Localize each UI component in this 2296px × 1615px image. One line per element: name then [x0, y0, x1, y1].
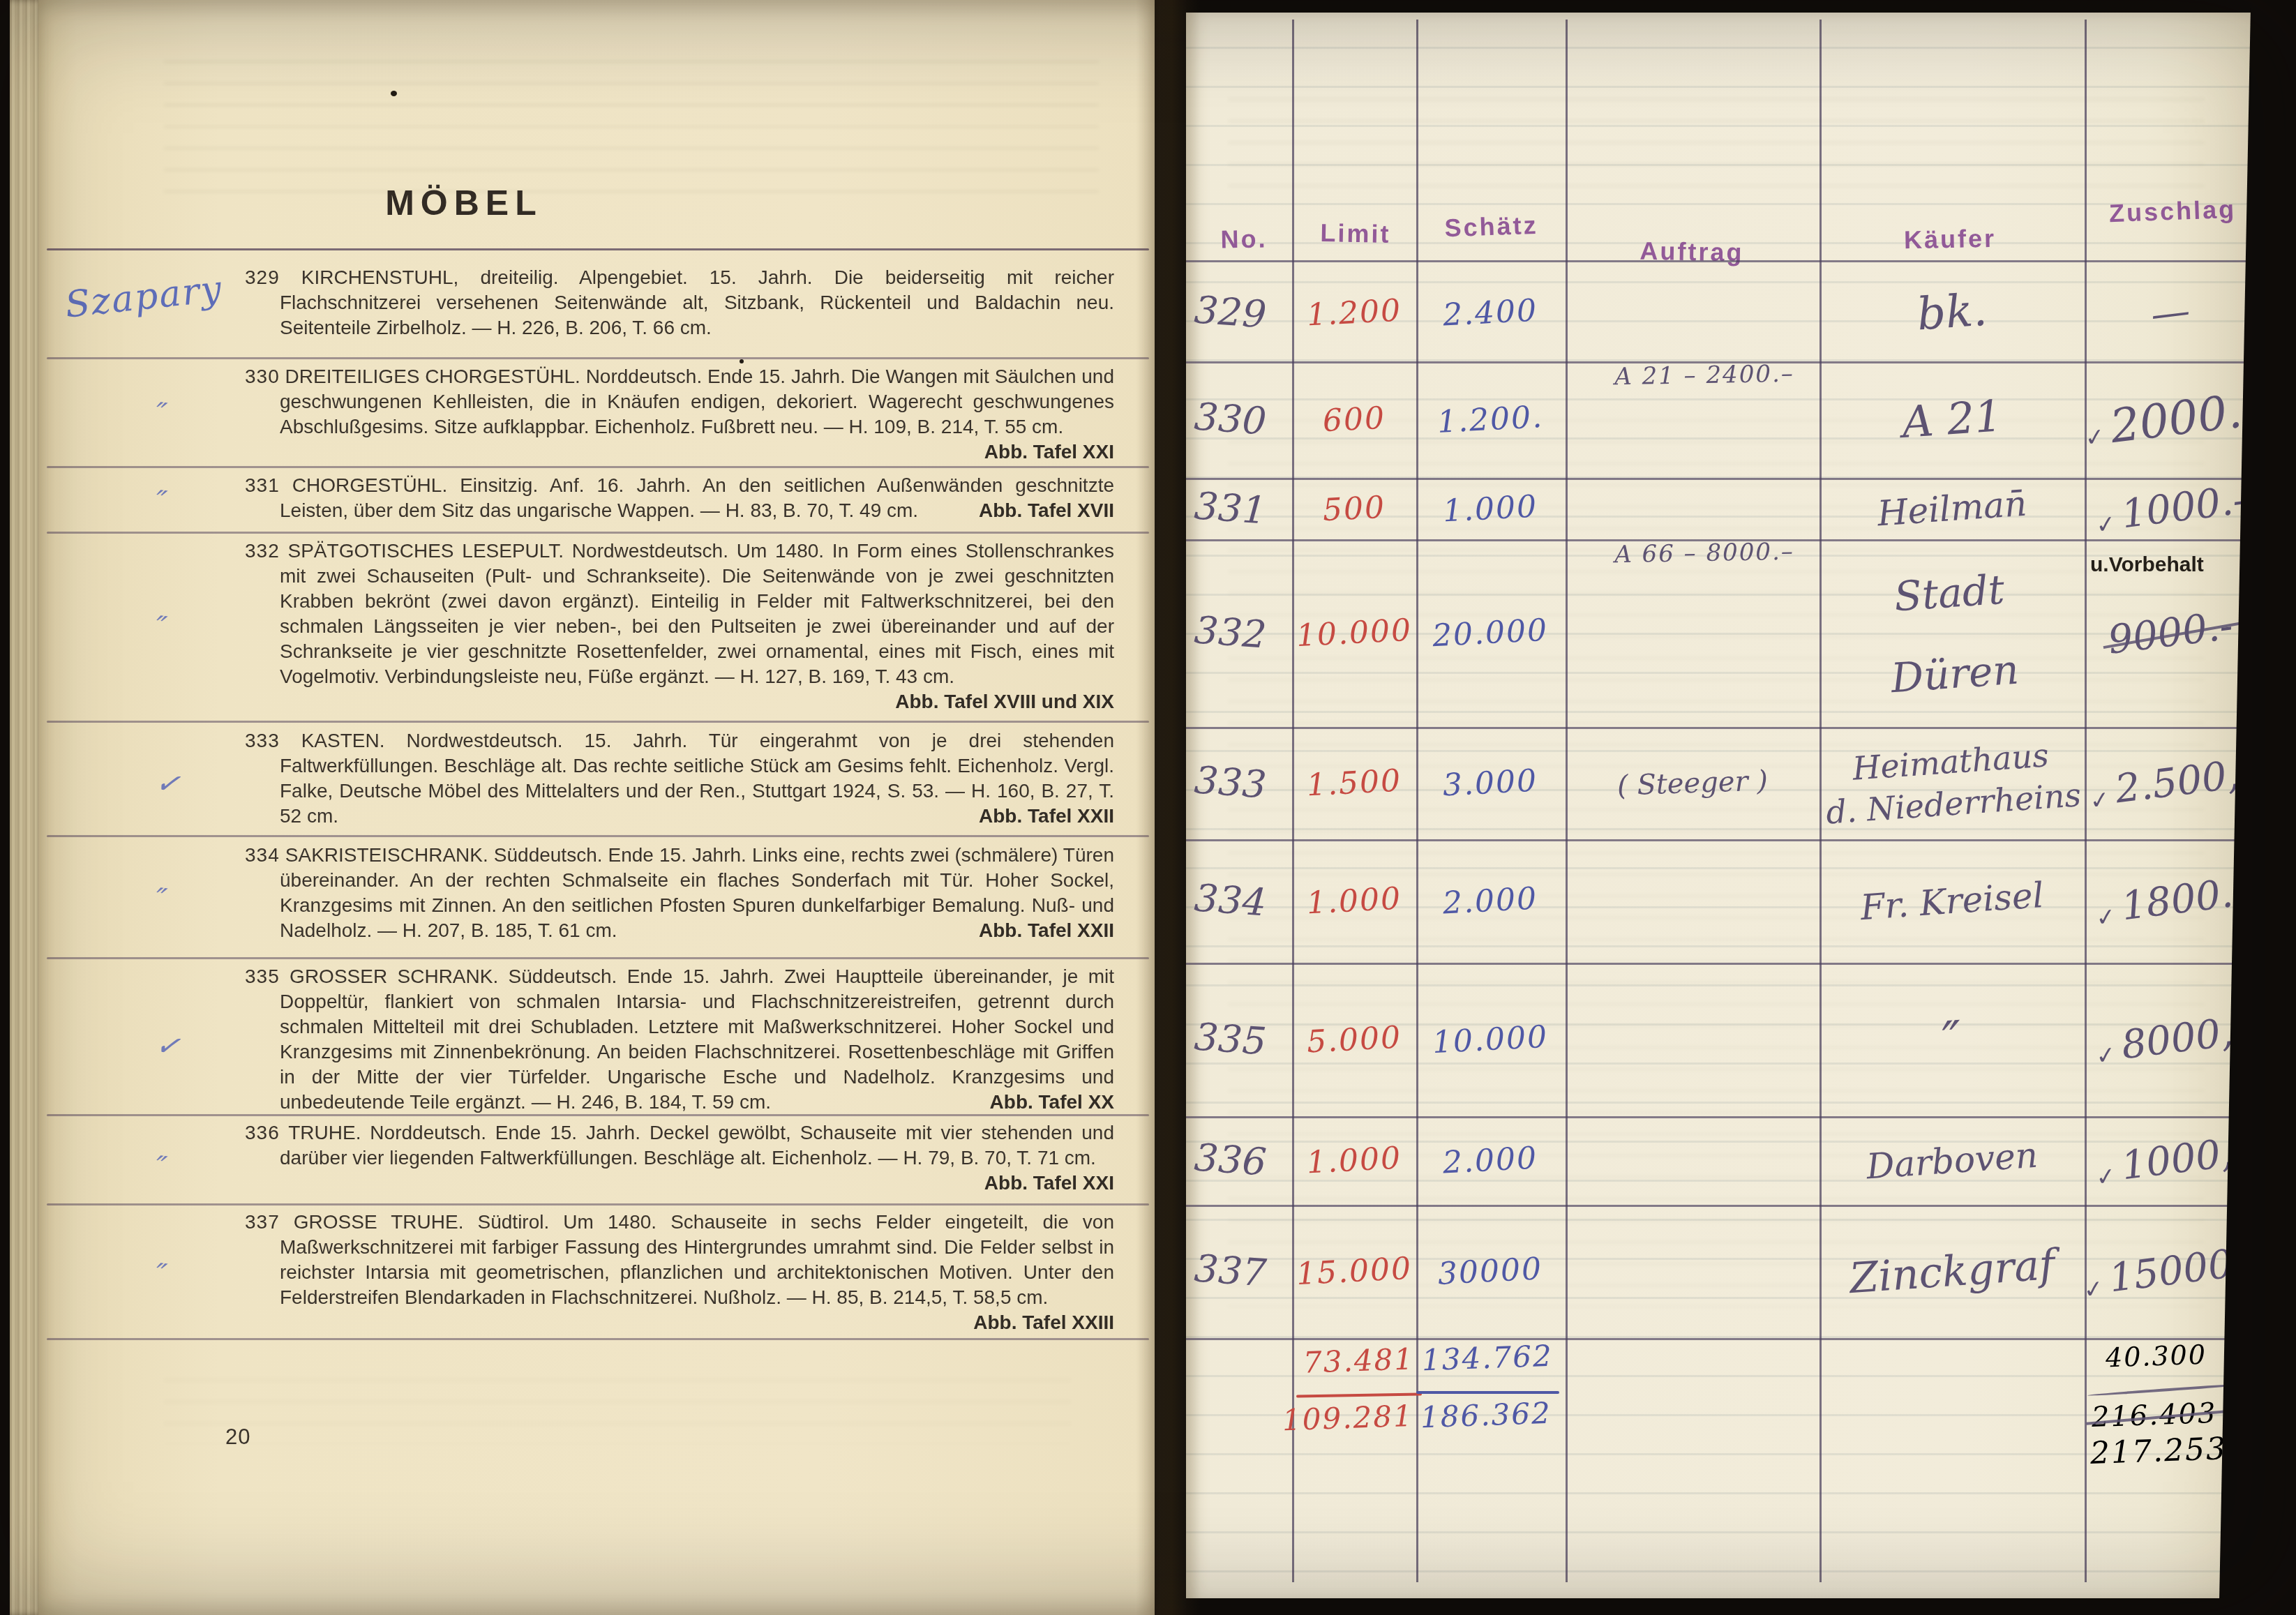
column-header-zuschlag: Zuschlag — [2089, 194, 2256, 229]
limit-value: 10.000 — [1289, 536, 1419, 730]
limit-value: 600 — [1291, 359, 1418, 481]
buyer-name-line: Heilman̄ — [1876, 483, 2028, 535]
checkmark-icon: ✓ — [2094, 1162, 2117, 1192]
estimate-value: 10.000 — [1414, 959, 1566, 1120]
buyer-name-line: Düren — [1889, 629, 2022, 719]
hammer-price-value: 8000,- — [2119, 1007, 2249, 1067]
column-header-limit: Limit — [1303, 218, 1409, 250]
buyer-name: Zinckgraf — [1818, 1196, 2086, 1346]
lot-number: 335 — [1189, 960, 1291, 1120]
buyer-name-line: A 21 — [1900, 390, 2004, 449]
entry-number: 332 — [245, 540, 280, 562]
margin-ditto-mark: ″ — [153, 881, 169, 917]
bleedthrough-texture — [164, 1360, 1071, 1444]
ledger-row-332: 33210.00020.000StadtDüren9000.-A 66 – 80… — [1186, 539, 2257, 727]
catalog-page: MÖBEL Szapary 329 KIRCHENSTUHL, dreiteil… — [38, 0, 1155, 1615]
entry-text: GROSSE TRUHE. Südtirol. Um 1480. Schause… — [280, 1211, 1114, 1308]
auction-catalog-scan: MÖBEL Szapary 329 KIRCHENSTUHL, dreiteil… — [0, 0, 2296, 1615]
limit-value: 500 — [1293, 475, 1416, 543]
column-header-no: No. — [1199, 224, 1290, 255]
totals-schaetz-grand: 186.362 — [1420, 1396, 1552, 1435]
totals-schaetz-subtotal: 134.762 — [1421, 1339, 1553, 1378]
entry-number: 336 — [245, 1122, 280, 1143]
margin-ditto-mark: ″ — [153, 609, 169, 645]
entry-separator — [47, 957, 1149, 959]
entry-text: SPÄTGOTISCHES LESEPULT. Nordwestdeutsch.… — [280, 540, 1114, 687]
limit-value: 15.000 — [1291, 1202, 1418, 1342]
bid-note: A 21 – 2400.– — [1568, 359, 1841, 392]
margin-ditto-mark: ✓ — [153, 1027, 183, 1064]
entry-plate-reference: Abb. Tafel XVII — [1014, 498, 1114, 523]
entry-number: 329 — [245, 266, 280, 288]
estimate-value: 30000 — [1415, 1201, 1566, 1342]
estimate-value: 20.000 — [1413, 536, 1567, 730]
buyer-name: StadtDüren — [1816, 530, 2088, 735]
catalog-entry-333: 333 KASTEN. Nordwestdeutsch. 15. Jahrh. … — [245, 728, 1114, 829]
hammer-price: ✓2000.- — [2080, 352, 2262, 488]
checkmark-icon: ✓ — [2083, 422, 2106, 452]
totals-zuschlag-subtotal: 40.300 — [2105, 1339, 2207, 1373]
checkmark-icon: ✓ — [2094, 1041, 2117, 1071]
checkmark-icon: ✓ — [2082, 1275, 2105, 1305]
table-row-rule — [1186, 260, 2257, 262]
lot-number: 333 — [1191, 724, 1291, 843]
catalog-entry-336: 336 TRUHE. Norddeutsch. Ende 15. Jahrh. … — [245, 1120, 1114, 1196]
entry-separator — [47, 1203, 1149, 1205]
buyer-name: ″ — [1817, 954, 2087, 1125]
entry-number: 333 — [245, 730, 280, 751]
scan-edge-top — [1186, 0, 2268, 13]
buyer-name-line: Fr. Kreisel — [1859, 873, 2046, 928]
entry-text: GROSSER SCHRANK. Süddeutsch. Ende 15. Ja… — [280, 966, 1114, 1113]
bid-order-value: ( Steeger ) — [1566, 723, 1818, 843]
dust-speck — [391, 91, 397, 96]
buyer-name-line: Zinckgraf — [1848, 1239, 2057, 1303]
entry-separator — [47, 466, 1149, 468]
entry-separator — [47, 357, 1149, 359]
lot-number: 329 — [1191, 261, 1289, 365]
entry-number: 337 — [245, 1211, 280, 1233]
totals-limit-grand: 109.281 — [1282, 1399, 1413, 1438]
estimate-value: 3.000 — [1416, 723, 1565, 843]
entry-separator — [47, 532, 1149, 534]
totals-limit-subtotal: 73.481 — [1303, 1342, 1415, 1380]
catalog-entry-329: 329 KIRCHENSTUHL, dreiteilig. Alpengebie… — [245, 265, 1114, 340]
catalog-entry-335: 335 GROSSER SCHRANK. Süddeutsch. Ende 15… — [245, 964, 1114, 1115]
hammer-price-value: 1800.- — [2119, 869, 2249, 929]
margin-annotation-owner: Szapary — [63, 268, 225, 326]
entry-separator — [47, 835, 1149, 837]
entry-text: TRUHE. Norddeutsch. Ende 15. Jahrh. Deck… — [280, 1122, 1114, 1169]
estimate-value: 2.400 — [1416, 260, 1564, 366]
entry-plate-reference: Abb. Tafel XX — [1025, 1090, 1114, 1115]
limit-value: 1.500 — [1291, 724, 1417, 843]
margin-ditto-mark: ″ — [153, 1149, 169, 1185]
entry-plate-reference: Abb. Tafel XXII — [1014, 918, 1114, 943]
hammer-price: ✓2.500,- — [2080, 717, 2261, 849]
entry-text: DREITEILIGES CHORGESTÜHL. Norddeutsch. E… — [280, 366, 1114, 437]
estimate-value: 2.000 — [1416, 1113, 1564, 1209]
lot-number: 337 — [1190, 1202, 1291, 1342]
entry-number: 335 — [245, 966, 280, 987]
ledger-row-333: 3331.5003.000( Steeger )Heimathausd. Nie… — [1186, 727, 2257, 839]
entry-plate-reference: Abb. Tafel XXI — [1019, 440, 1114, 465]
ledger-row-334: 3341.0002.000Fr. Kreisel✓1800.- — [1186, 839, 2257, 963]
ledger-row-335: 3355.00010.000″✓8000,- — [1186, 963, 2257, 1116]
catalog-entry-334: 334 SAKRISTEISCHRANK. Süddeutsch. Ende 1… — [245, 843, 1114, 943]
limit-value: 1.000 — [1292, 1113, 1416, 1208]
lot-number: 334 — [1190, 836, 1291, 966]
page-title: MÖBEL — [269, 183, 659, 223]
buyer-name: A 21 — [1819, 352, 2086, 487]
entry-plate-reference: Abb. Tafel XXI — [1019, 1171, 1114, 1196]
hammer-price-value: 9000.- — [2106, 603, 2235, 663]
hammer-price-value: — — [2148, 287, 2193, 337]
buyer-name: bk. — [1819, 255, 2085, 370]
entry-number: 334 — [245, 844, 280, 866]
estimate-value: 1.000 — [1417, 474, 1563, 543]
checkmark-icon: ✓ — [2088, 785, 2111, 815]
ledger-row-329: 3291.2002.400bk.— — [1186, 264, 2257, 361]
checkmark-icon: ✓ — [2094, 510, 2117, 540]
limit-value: 5.000 — [1290, 960, 1418, 1120]
binding-gutter — [1136, 0, 1200, 1615]
dust-speck — [740, 359, 744, 363]
buyer-name: Heimathausd. Niederrheins — [1819, 718, 2085, 848]
ledger-row-337: 33715.00030000Zinckgraf✓15000,- — [1186, 1205, 2257, 1338]
lot-number: 336 — [1192, 1113, 1290, 1208]
ledger-row-336: 3361.0002.000Darboven✓1000,- — [1186, 1116, 2257, 1205]
totals-zuschlag-voided: 216.403 — [2091, 1397, 2217, 1434]
ledger-page: No. Limit Schätz Auftrag Käufer Zuschlag… — [1186, 10, 2257, 1602]
catalog-entry-337: 337 GROSSE TRUHE. Südtirol. Um 1480. Sch… — [245, 1210, 1114, 1335]
estimate-value: 1.200. — [1416, 358, 1565, 482]
hammer-price-value: 2000.- — [2108, 382, 2260, 453]
totals-underline-schaetz — [1416, 1391, 1559, 1394]
ledger-row-331: 3315001.000Heilman̄✓1000.- — [1186, 478, 2257, 539]
margin-ditto-mark: ✓ — [153, 765, 183, 802]
entry-text: KIRCHENSTUHL, dreiteilig. Alpengebiet. 1… — [280, 266, 1114, 338]
buyer-name-line: Stadt — [1891, 548, 2007, 637]
limit-value: 1.000 — [1291, 836, 1417, 966]
scan-edge-bottom — [1186, 1598, 2296, 1615]
lot-number: 331 — [1192, 475, 1289, 543]
buyer-name-line: ″ — [1941, 1009, 1964, 1070]
bleedthrough-texture — [164, 42, 1099, 195]
reserve-stamp: u.Vorbehalt — [2090, 553, 2256, 577]
buyer-name: Fr. Kreisel — [1818, 830, 2085, 972]
entry-plate-reference: Abb. Tafel XXIII — [1008, 1310, 1114, 1335]
buyer-name-line: bk. — [1915, 283, 1988, 342]
hammer-price-value: 2.500,- — [2113, 751, 2254, 813]
catalog-entry-331: 331 CHORGESTÜHL. Einsitzig. Anf. 16. Jah… — [245, 473, 1114, 523]
catalog-entry-332: 332 SPÄTGOTISCHES LESEPULT. Nordwestdeut… — [245, 539, 1114, 714]
margin-ditto-mark: ″ — [153, 396, 169, 431]
margin-ditto-mark: ″ — [153, 1256, 169, 1292]
page-number: 20 — [225, 1425, 250, 1450]
bid-note: A 66 – 8000.– — [1568, 537, 1841, 570]
lot-number: 332 — [1188, 536, 1293, 730]
margin-ditto-mark: ″ — [153, 483, 169, 519]
entry-separator — [47, 721, 1149, 723]
entry-number: 331 — [245, 474, 280, 496]
entry-plate-reference: Abb. Tafel XVIII und XIX — [930, 689, 1114, 714]
checkmark-icon: ✓ — [2094, 902, 2117, 932]
hammer-price-value: 1000.- — [2119, 476, 2249, 536]
column-header-kaeufer: Käufer — [1835, 223, 2066, 256]
column-header-schaetz: Schätz — [1426, 210, 1556, 243]
catalog-entry-330: 330 DREITEILIGES CHORGESTÜHL. Norddeutsc… — [245, 364, 1114, 465]
entry-number: 330 — [245, 366, 280, 387]
ledger-row-330: 3306001.200.A 21✓2000.-A 21 – 2400.– — [1186, 361, 2257, 478]
buyer-name-line: Darboven — [1865, 1134, 2039, 1187]
limit-value: 1.200 — [1291, 261, 1416, 365]
entry-separator — [47, 248, 1149, 250]
lot-number: 330 — [1190, 359, 1290, 481]
entry-separator — [47, 1338, 1149, 1340]
entry-plate-reference: Abb. Tafel XXII — [1014, 804, 1114, 829]
estimate-value: 2.000 — [1416, 836, 1566, 967]
